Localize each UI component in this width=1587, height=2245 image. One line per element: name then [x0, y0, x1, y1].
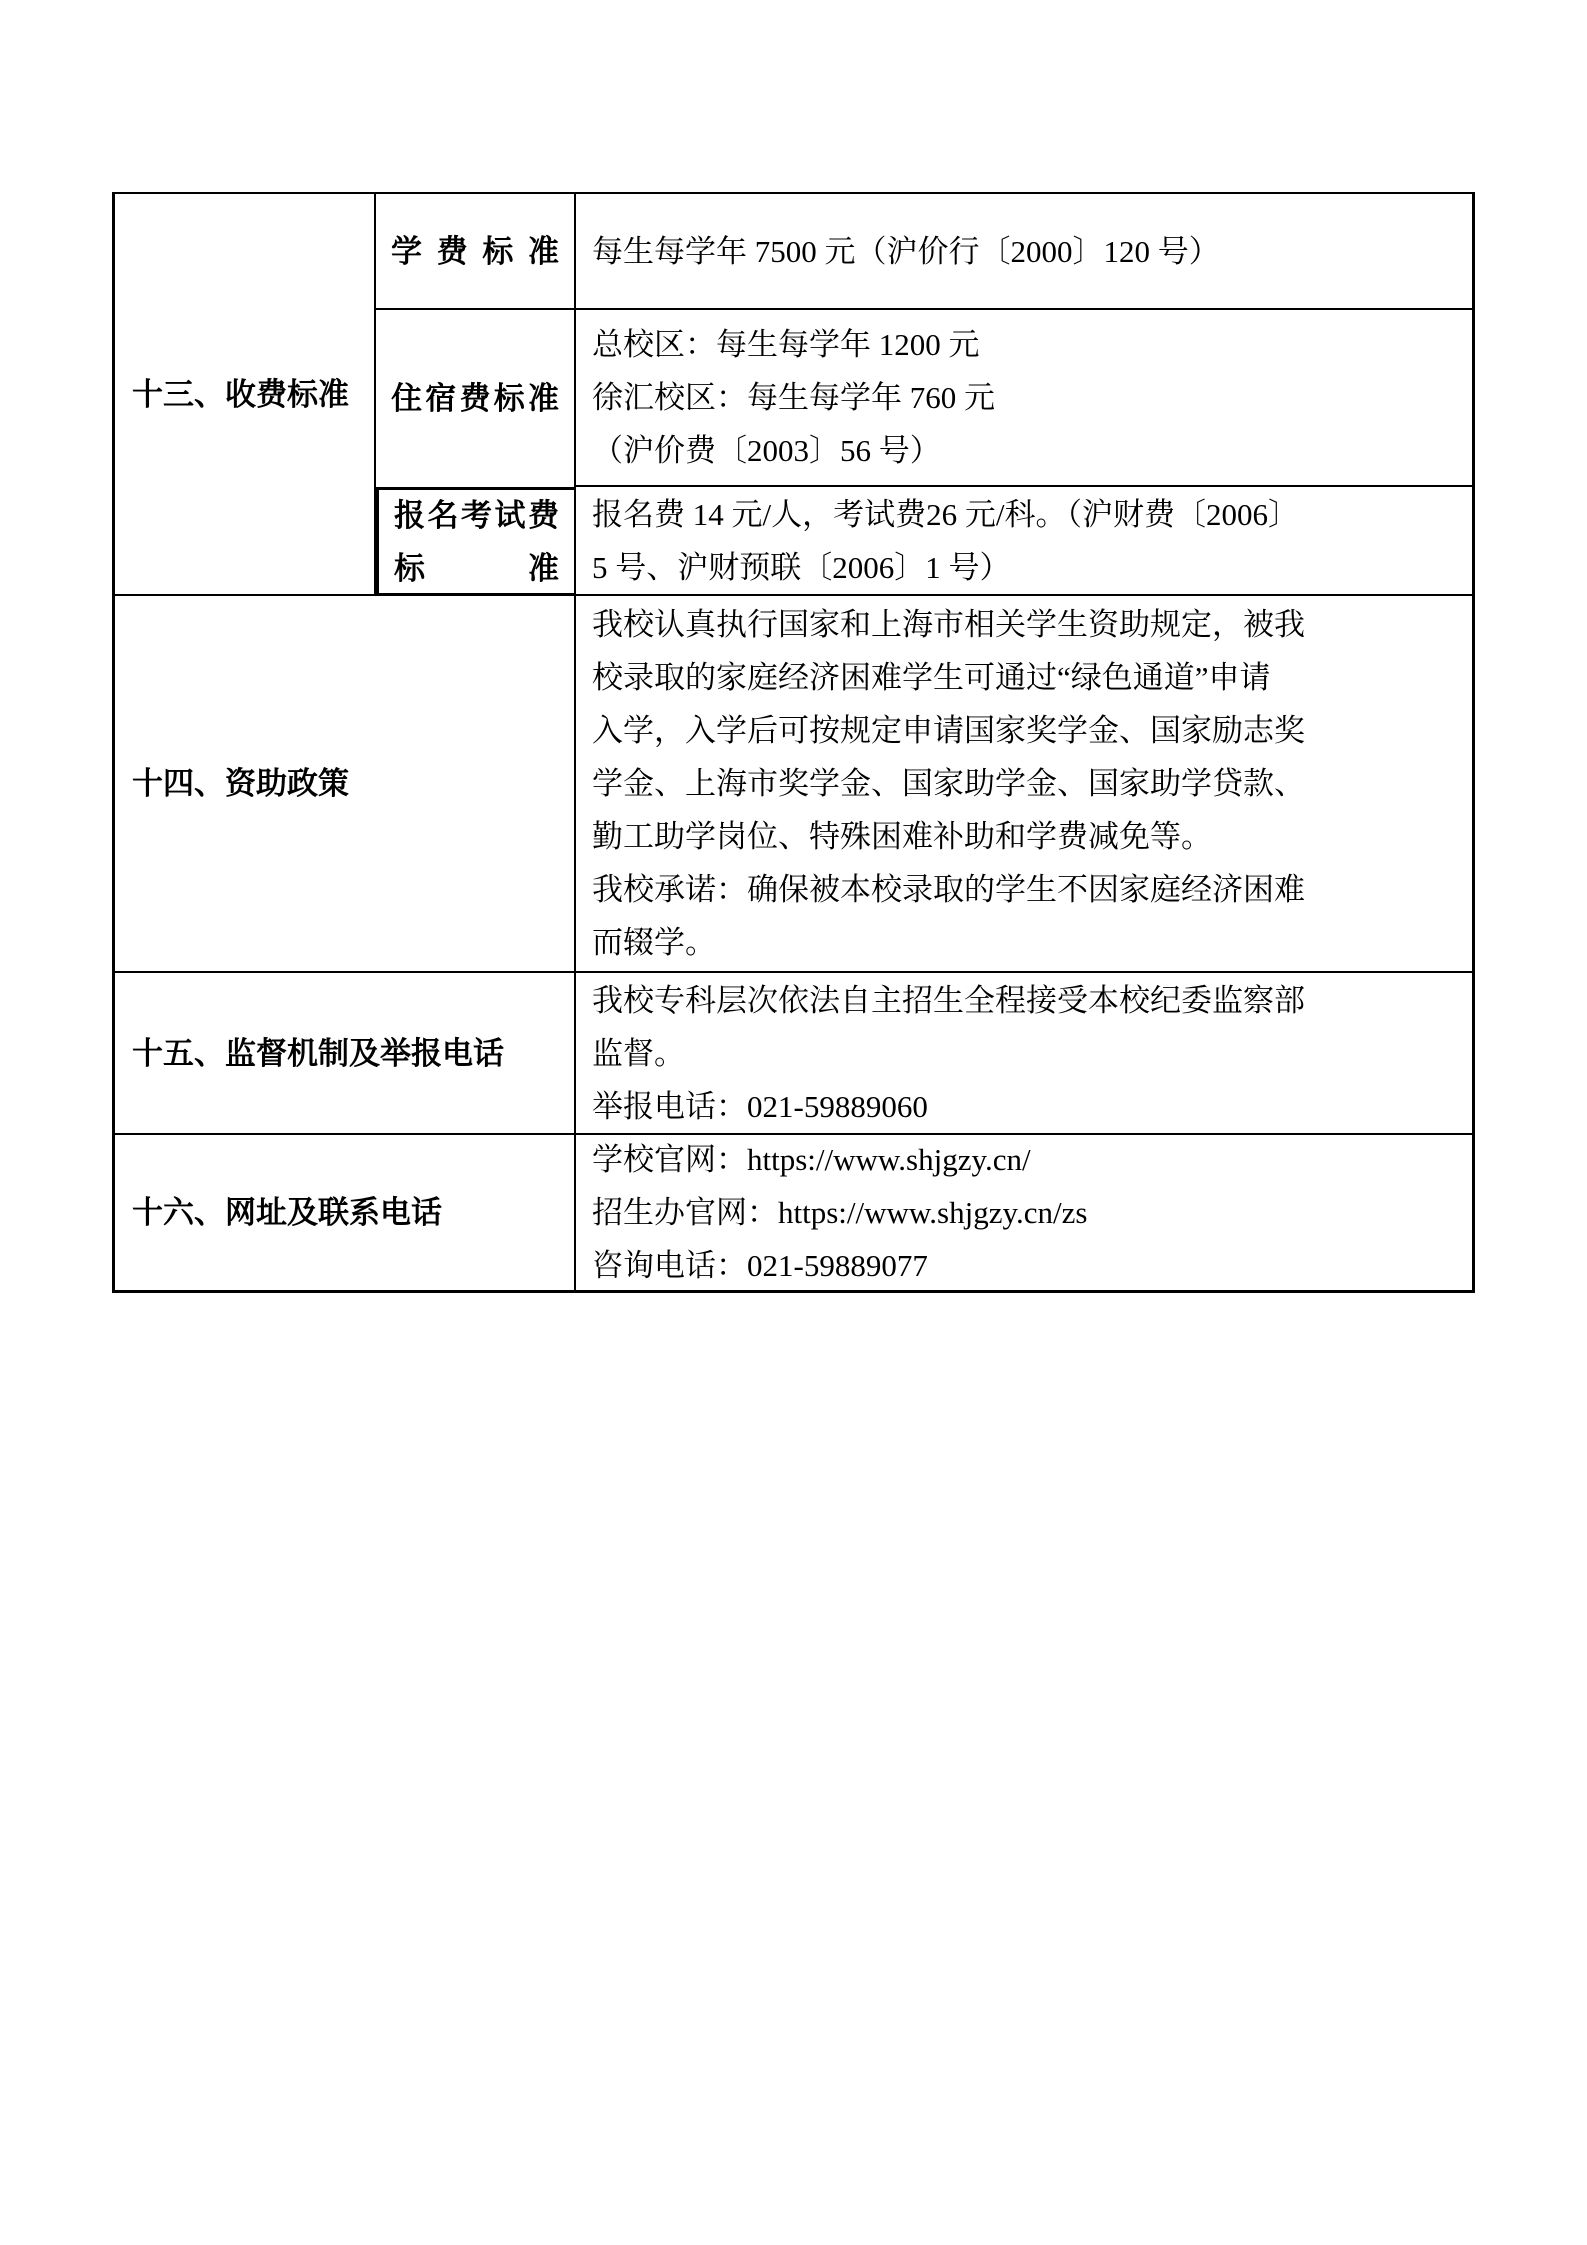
sublabel-tuition-standard-text: 学费标准 — [391, 225, 559, 278]
row-label-section14-financial-aid: 十四、资助政策 — [115, 596, 576, 973]
row-label-section15-supervision: 十五、监督机制及举报电话 — [115, 973, 576, 1135]
sublabel-exam-fee-standard: 报名考试费 标准 — [376, 487, 576, 596]
cell-accommodation-standard-value: 总校区：每生每学年 1200 元 徐汇校区：每生每学年 760 元 （沪价费〔2… — [576, 310, 1472, 487]
sublabel-accommodation-standard-text: 住宿费标准 — [391, 372, 559, 425]
sublabel-exam-fee-standard-text: 报名考试费 标准 — [394, 489, 559, 595]
cell-tuition-standard-value: 每生每学年 7500 元（沪价行〔2000〕120 号） — [576, 194, 1472, 310]
row-label-section16-contact: 十六、网址及联系电话 — [115, 1135, 576, 1290]
cell-contact-info-text: 学校官网：https://www.shjgzy.cn/ 招生办官网：https:… — [576, 1135, 1472, 1290]
sublabel-tuition-standard: 学费标准 — [376, 194, 576, 310]
row-label-section13-fees: 十三、收费标准 — [115, 194, 376, 596]
cell-financial-aid-policy-text: 我校认真执行国家和上海市相关学生资助规定，被我 校录取的家庭经济困难学生可通过“… — [576, 596, 1472, 973]
cell-supervision-text: 我校专科层次依法自主招生全程接受本校纪委监察部 监督。 举报电话：021-598… — [576, 973, 1472, 1135]
fee-and-policy-table: 十三、收费标准 学费标准 每生每学年 7500 元（沪价行〔2000〕120 号… — [112, 192, 1475, 1293]
cell-exam-fee-standard-value: 报名费 14 元/人，考试费26 元/科。（沪财费〔2006〕 5 号、沪财预联… — [576, 487, 1472, 596]
sublabel-accommodation-standard: 住宿费标准 — [376, 310, 576, 487]
